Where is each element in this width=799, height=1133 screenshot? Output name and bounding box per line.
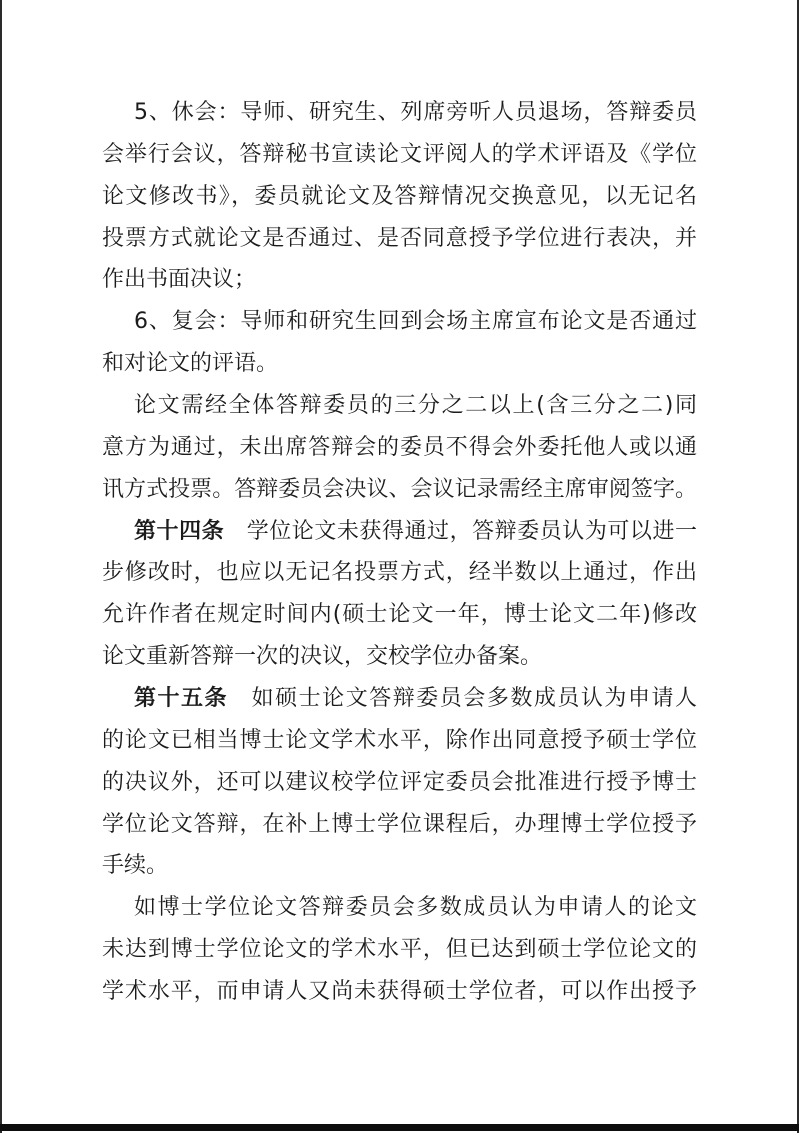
text-line-content: 作出书面决议； <box>102 267 256 292</box>
text-line: 和对论文的评语。 <box>102 343 697 385</box>
text-line-content: 学位论文答辩，在补上博士学位课程后，办理博士学位授予 <box>102 812 697 837</box>
text-line: 未达到博士学位论文的学术水平，但已达到硕士学位论文的 <box>102 929 697 971</box>
document-body-text: 5、休会：导师、研究生、列席旁听人员退场，答辩委员会举行会议，答辩秘书宣读论文评… <box>102 92 697 1013</box>
text-line: 论文需经全体答辩委员的三分之二以上(含三分之二)同 <box>102 385 697 427</box>
text-line: 步修改时，也应以无记名投票方式，经半数以上通过，作出 <box>102 552 697 594</box>
text-line-content: 论文修改书》，委员就论文及答辩情况交换意见，以无记名 <box>102 184 697 209</box>
text-line: 意方为通过，未出席答辩会的委员不得会外委托他人或以通 <box>102 427 697 469</box>
text-line-content: 5、休会：导师、研究生、列席旁听人员退场，答辩委员 <box>134 100 697 125</box>
text-line: 论文修改书》，委员就论文及答辩情况交换意见，以无记名 <box>102 176 697 218</box>
text-line-content: 如硕士论文答辩委员会多数成员认为申请人 <box>228 686 697 711</box>
text-line-content: 6、复会：导师和研究生回到会场主席宣布论文是否通过 <box>134 309 697 334</box>
text-line-content: 手续。 <box>102 853 168 878</box>
text-line-content: 和对论文的评语。 <box>102 351 278 376</box>
text-line-content: 会举行会议，答辩秘书宣读论文评阅人的学术评语及《学位 <box>102 142 697 167</box>
text-line-content: 论文重新答辩一次的决议，交校学位办备案。 <box>102 644 542 669</box>
text-line-content: 讯方式投票。答辩委员会决议、会议记录需经主席审阅签字。 <box>102 477 697 502</box>
text-line: 会举行会议，答辩秘书宣读论文评阅人的学术评语及《学位 <box>102 134 697 176</box>
text-line: 允许作者在规定时间内(硕士论文一年，博士论文二年)修改 <box>102 594 697 636</box>
text-line-content: 论文需经全体答辩委员的三分之二以上(含三分之二)同 <box>134 393 697 418</box>
text-line: 第十四条 学位论文未获得通过，答辩委员认为可以进一 <box>102 511 697 553</box>
text-line-content: 意方为通过，未出席答辩会的委员不得会外委托他人或以通 <box>102 435 697 460</box>
text-line: 手续。 <box>102 845 697 887</box>
text-line-content: 如博士学位论文答辩委员会多数成员认为申请人的论文 <box>134 895 697 920</box>
page-bottom-scan-bar <box>0 1124 799 1131</box>
text-line-content: 的论文已相当博士论文学术水平，除作出同意授予硕士学位 <box>102 728 697 753</box>
text-line: 的论文已相当博士论文学术水平，除作出同意授予硕士学位 <box>102 720 697 762</box>
page-left-edge-scan-line <box>0 0 2 1133</box>
text-line: 的决议外，还可以建议校学位评定委员会批准进行授予博士 <box>102 762 697 804</box>
text-line: 作出书面决议； <box>102 259 697 301</box>
text-line: 学位论文答辩，在补上博士学位课程后，办理博士学位授予 <box>102 804 697 846</box>
article-number-heading: 第十五条 <box>134 686 228 711</box>
text-line: 如博士学位论文答辩委员会多数成员认为申请人的论文 <box>102 887 697 929</box>
text-line-content: 学位论文未获得通过，答辩委员认为可以进一 <box>224 519 697 544</box>
text-line: 第十五条 如硕士论文答辩委员会多数成员认为申请人 <box>102 678 697 720</box>
text-line: 6、复会：导师和研究生回到会场主席宣布论文是否通过 <box>102 301 697 343</box>
text-line-content: 未达到博士学位论文的学术水平，但已达到硕士学位论文的 <box>102 937 697 962</box>
document-page: 5、休会：导师、研究生、列席旁听人员退场，答辩委员会举行会议，答辩秘书宣读论文评… <box>0 0 799 1133</box>
article-number-heading: 第十四条 <box>134 519 224 544</box>
text-line: 学术水平，而申请人又尚未获得硕士学位者，可以作出授予 <box>102 971 697 1013</box>
text-line: 论文重新答辩一次的决议，交校学位办备案。 <box>102 636 697 678</box>
text-line-content: 学术水平，而申请人又尚未获得硕士学位者，可以作出授予 <box>102 979 697 1004</box>
text-line-content: 步修改时，也应以无记名投票方式，经半数以上通过，作出 <box>102 560 697 585</box>
text-line: 讯方式投票。答辩委员会决议、会议记录需经主席审阅签字。 <box>102 469 697 511</box>
text-line-content: 的决议外，还可以建议校学位评定委员会批准进行授予博士 <box>102 770 697 795</box>
text-line-content: 投票方式就论文是否通过、是否同意授予学位进行表决，并 <box>102 226 697 251</box>
text-line: 投票方式就论文是否通过、是否同意授予学位进行表决，并 <box>102 218 697 260</box>
text-line: 5、休会：导师、研究生、列席旁听人员退场，答辩委员 <box>102 92 697 134</box>
text-line-content: 允许作者在规定时间内(硕士论文一年，博士论文二年)修改 <box>102 602 697 627</box>
